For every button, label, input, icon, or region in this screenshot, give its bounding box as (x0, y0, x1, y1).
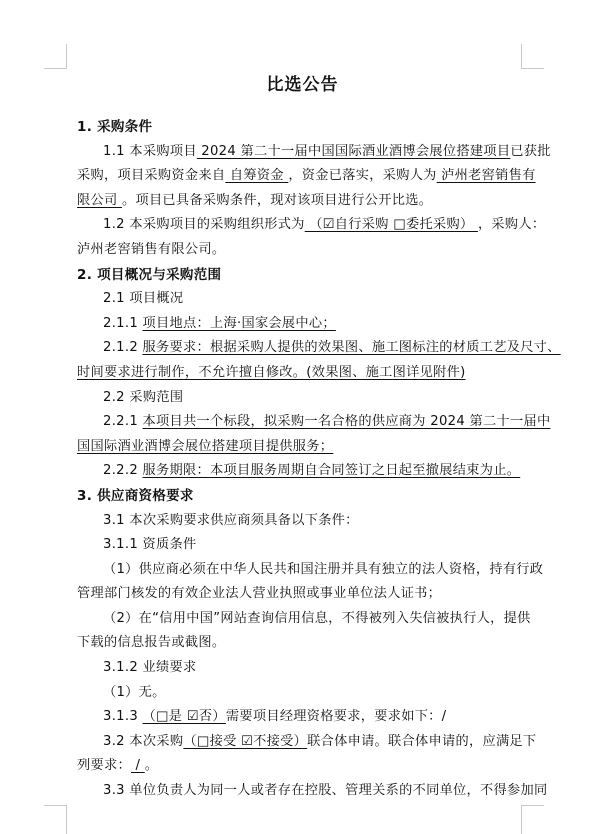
paragraph-line: 管理部门核发的有效企业法人营业执照或事业单位法人证书； (77, 582, 521, 607)
text-segment: 管理部门核发的有效企业法人营业执照或事业单位法人证书； (77, 586, 441, 601)
text-segment: （1）供应商必须在中华人民共和国注册并具有独立的法人资格，持有行政 (103, 562, 543, 577)
paragraph-line: （1）供应商必须在中华人民共和国注册并具有独立的法人资格，持有行政 (77, 558, 521, 583)
text-segment: （1）无。 (103, 685, 166, 700)
underlined-field: 时间要求进行制作，不允许擅自修改。(效果图、施工图详见附件) (77, 365, 466, 380)
document-title: 比选公告 (0, 70, 605, 95)
crop-mark-bottom-right (521, 805, 544, 834)
underlined-field: 国国际酒业酒博会展位搭建项目提供服务； (77, 439, 333, 454)
text-segment: 2.2.2 (103, 463, 143, 478)
text-segment: 3.3 单位负责人为同一人或者存在控股、管理关系的不同单位，不得参加同 (103, 783, 547, 798)
text-segment: 联合体申请。联合体申请的，应满足下 (307, 734, 536, 749)
paragraph-line: 2.2.1 本项目共一个标段，拟采购一名合格的供应商为 2024 第二十一届中 (77, 410, 521, 435)
paragraph-line: 3.3 单位负责人为同一人或者存在控股、管理关系的不同单位，不得参加同 (77, 779, 521, 804)
text-segment: 。项目已具备采购条件，现对该项目进行公开比选。 (122, 193, 432, 208)
paragraph-line: 1.1 本采购项目 2024 第二十一届中国国际酒业酒博会展位搭建项目已获批 (77, 140, 521, 165)
text-segment: 3.1.1 资质条件 (103, 537, 197, 552)
text-segment: 需要项目经理资格要求，要求如下：/ (226, 709, 447, 724)
paragraph-line: 2.1.2 服务要求：根据采购人提供的效果图、施工图标注的材质工艺及尺寸、 (77, 336, 521, 361)
underlined-field: 服务要求：根据采购人提供的效果图、施工图标注的材质工艺及尺寸、 (143, 340, 561, 355)
text-segment: ，资金已落实，采购人为 (288, 168, 436, 183)
text-segment: 3.1.3 (103, 709, 143, 724)
text-segment: 已获批 (510, 144, 550, 159)
text-segment: 泸州老窖销售有限公司。 (77, 242, 225, 257)
text-segment: 下载的信息报告或截图。 (77, 635, 225, 650)
paragraph-line: 2.1 项目概况 (77, 287, 521, 312)
section-heading: 1. 采购条件 (77, 115, 521, 140)
crop-mark-bottom-left (44, 805, 67, 834)
text-segment: （2）在“信用中国”网站查询信用信息，不得被列入失信被执行人，提供 (103, 611, 531, 626)
paragraph-line: 限公司 。项目已具备采购条件，现对该项目进行公开比选。 (77, 189, 521, 214)
paragraph-line: 采购，项目采购资金来自 自筹资金 ，资金已落实，采购人为 泸州老窖销售有 (77, 164, 521, 189)
paragraph-line: 3.1.2 业绩要求 (77, 656, 521, 681)
paragraph-line: 1.2 本采购项目的采购组织形式为 （☑自行采购 □委托采购） ，采购人： (77, 213, 521, 238)
text-segment: ，采购人： (478, 217, 545, 232)
paragraph-line: 下载的信息报告或截图。 (77, 631, 521, 656)
text-segment: 采购，项目采购资金来自 (77, 168, 225, 183)
underlined-field: （□是 ☑否） (143, 709, 226, 724)
underlined-field: 项目地点：上海·国家会展中心； (143, 316, 336, 331)
text-segment: 1.1 本采购项目 (103, 144, 197, 159)
text-segment: 3.1 本次采购要求供应商须具备以下条件： (103, 513, 359, 528)
section-heading: 2. 项目概况与采购范围 (77, 263, 521, 288)
underlined-field: （☑自行采购 □委托采购） (305, 217, 478, 232)
text-segment: 2.1.2 (103, 340, 143, 355)
paragraph-line: 3.2 本次采购（□接受 ☑不接受）联合体申请。联合体申请的，应满足下 (77, 730, 521, 755)
text-segment: 2.2 采购范围 (103, 390, 183, 405)
paragraph-line: 时间要求进行制作，不允许擅自修改。(效果图、施工图详见附件) (77, 361, 521, 386)
text-segment: 3. 供应商资格要求 (77, 488, 194, 504)
paragraph-line: 国国际酒业酒博会展位搭建项目提供服务； (77, 435, 521, 460)
text-segment: 列要求： (77, 758, 131, 773)
crop-mark-top-left (44, 44, 67, 69)
paragraph-line: 列要求： / 。 (77, 754, 521, 779)
text-segment: 。 (145, 758, 159, 773)
text-segment: 2. 项目概况与采购范围 (77, 267, 221, 283)
underlined-field: / (131, 758, 145, 773)
underlined-field: 2024 第二十一届中国国际酒业酒博会展位搭建项目 (197, 144, 511, 159)
paragraph-line: 3.1.1 资质条件 (77, 533, 521, 558)
text-segment: 3.1.2 业绩要求 (103, 660, 197, 675)
underlined-field: 本项目共一个标段，拟采购一名合格的供应商为 2024 第二十一届中 (143, 414, 551, 429)
document-body: 1. 采购条件1.1 本采购项目 2024 第二十一届中国国际酒业酒博会展位搭建… (77, 115, 521, 804)
section-heading: 3. 供应商资格要求 (77, 484, 521, 509)
paragraph-line: （2）在“信用中国”网站查询信用信息，不得被列入失信被执行人，提供 (77, 607, 521, 632)
underlined-field: 自筹资金 (225, 168, 288, 183)
underlined-field: 泸州老窖销售有 (437, 168, 536, 183)
paragraph-line: 3.1.3 （□是 ☑否）需要项目经理资格要求，要求如下：/ (77, 705, 521, 730)
paragraph-line: 泸州老窖销售有限公司。 (77, 238, 521, 263)
text-segment: 1.2 本采购项目的采购组织形式为 (103, 217, 305, 232)
crop-mark-top-right (521, 44, 544, 69)
text-segment: 2.1 项目概况 (103, 291, 183, 306)
text-segment: 2.2.1 (103, 414, 143, 429)
paragraph-line: 3.1 本次采购要求供应商须具备以下条件： (77, 509, 521, 534)
text-segment: 1. 采购条件 (77, 119, 152, 135)
underlined-field: 限公司 (77, 193, 122, 208)
text-segment: 3.2 本次采购 (103, 734, 183, 749)
paragraph-line: 2.2 采购范围 (77, 386, 521, 411)
text-segment: 2.1.1 (103, 316, 143, 331)
paragraph-line: （1）无。 (77, 681, 521, 706)
underlined-field: 服务期限：本项目服务周期自合同签订之日起至撤展结束为止。 (143, 463, 521, 478)
underlined-field: （□接受 ☑不接受） (183, 734, 307, 749)
paragraph-line: 2.2.2 服务期限：本项目服务周期自合同签订之日起至撤展结束为止。 (77, 459, 521, 484)
paragraph-line: 2.1.1 项目地点：上海·国家会展中心； (77, 312, 521, 337)
